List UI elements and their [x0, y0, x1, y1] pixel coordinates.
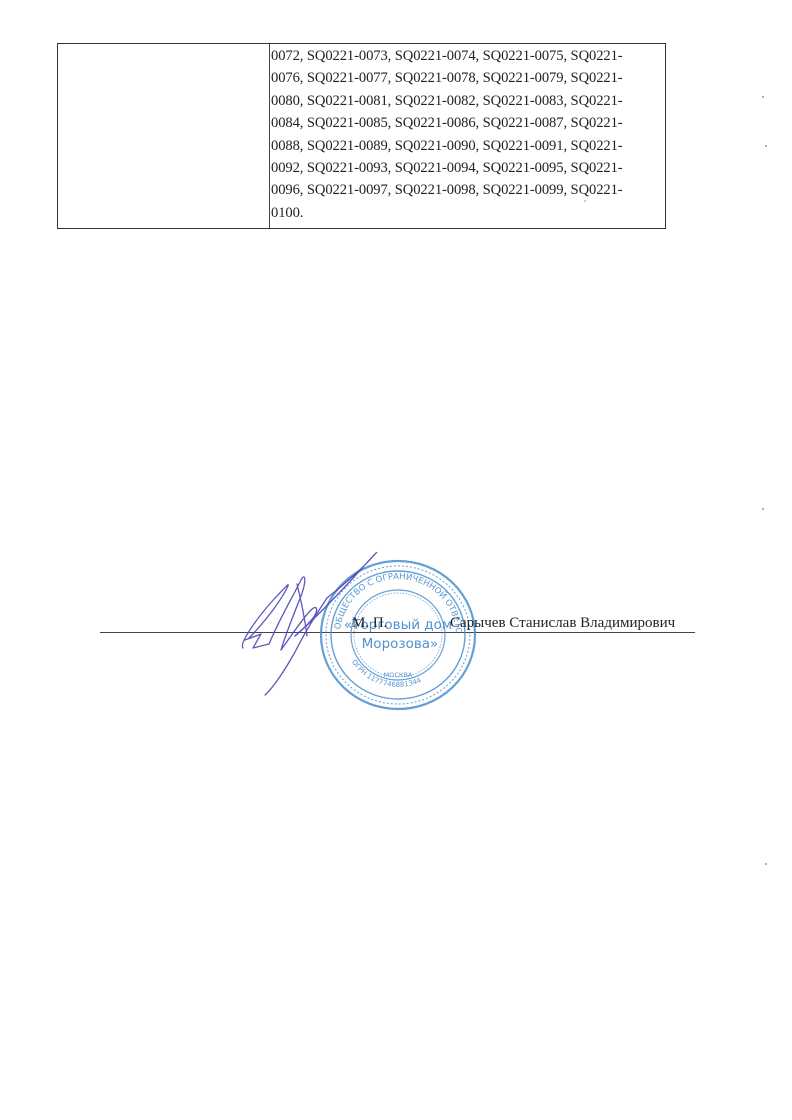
- table-left-cell: [58, 44, 270, 228]
- scan-speck: [762, 508, 764, 510]
- scan-speck: [765, 145, 767, 147]
- scan-speck: [765, 863, 767, 865]
- scan-speck: [584, 200, 586, 202]
- table-right-cell: 0072, SQ0221-0073, SQ0221-0074, SQ0221-0…: [270, 44, 665, 228]
- items-table: 0072, SQ0221-0073, SQ0221-0074, SQ0221-0…: [57, 43, 666, 229]
- code-line: 0080, SQ0221-0081, SQ0221-0082, SQ0221-0…: [271, 90, 662, 112]
- code-line: 0100.: [271, 202, 662, 224]
- code-line: 0092, SQ0221-0093, SQ0221-0094, SQ0221-0…: [271, 157, 662, 179]
- code-line: 0076, SQ0221-0077, SQ0221-0078, SQ0221-0…: [271, 67, 662, 89]
- stamp-city: МОСКВА: [384, 671, 413, 679]
- seal-placeholder-label: М. П.: [352, 615, 387, 632]
- code-line: 0072, SQ0221-0073, SQ0221-0074, SQ0221-0…: [271, 45, 662, 67]
- code-line: 0096, SQ0221-0097, SQ0221-0098, SQ0221-0…: [271, 179, 662, 201]
- code-line: 0088, SQ0221-0089, SQ0221-0090, SQ0221-0…: [271, 135, 662, 157]
- scan-speck: [762, 96, 764, 98]
- code-line: 0084, SQ0221-0085, SQ0221-0086, SQ0221-0…: [271, 112, 662, 134]
- signer-name: Сарычев Станислав Владимирович: [450, 615, 675, 632]
